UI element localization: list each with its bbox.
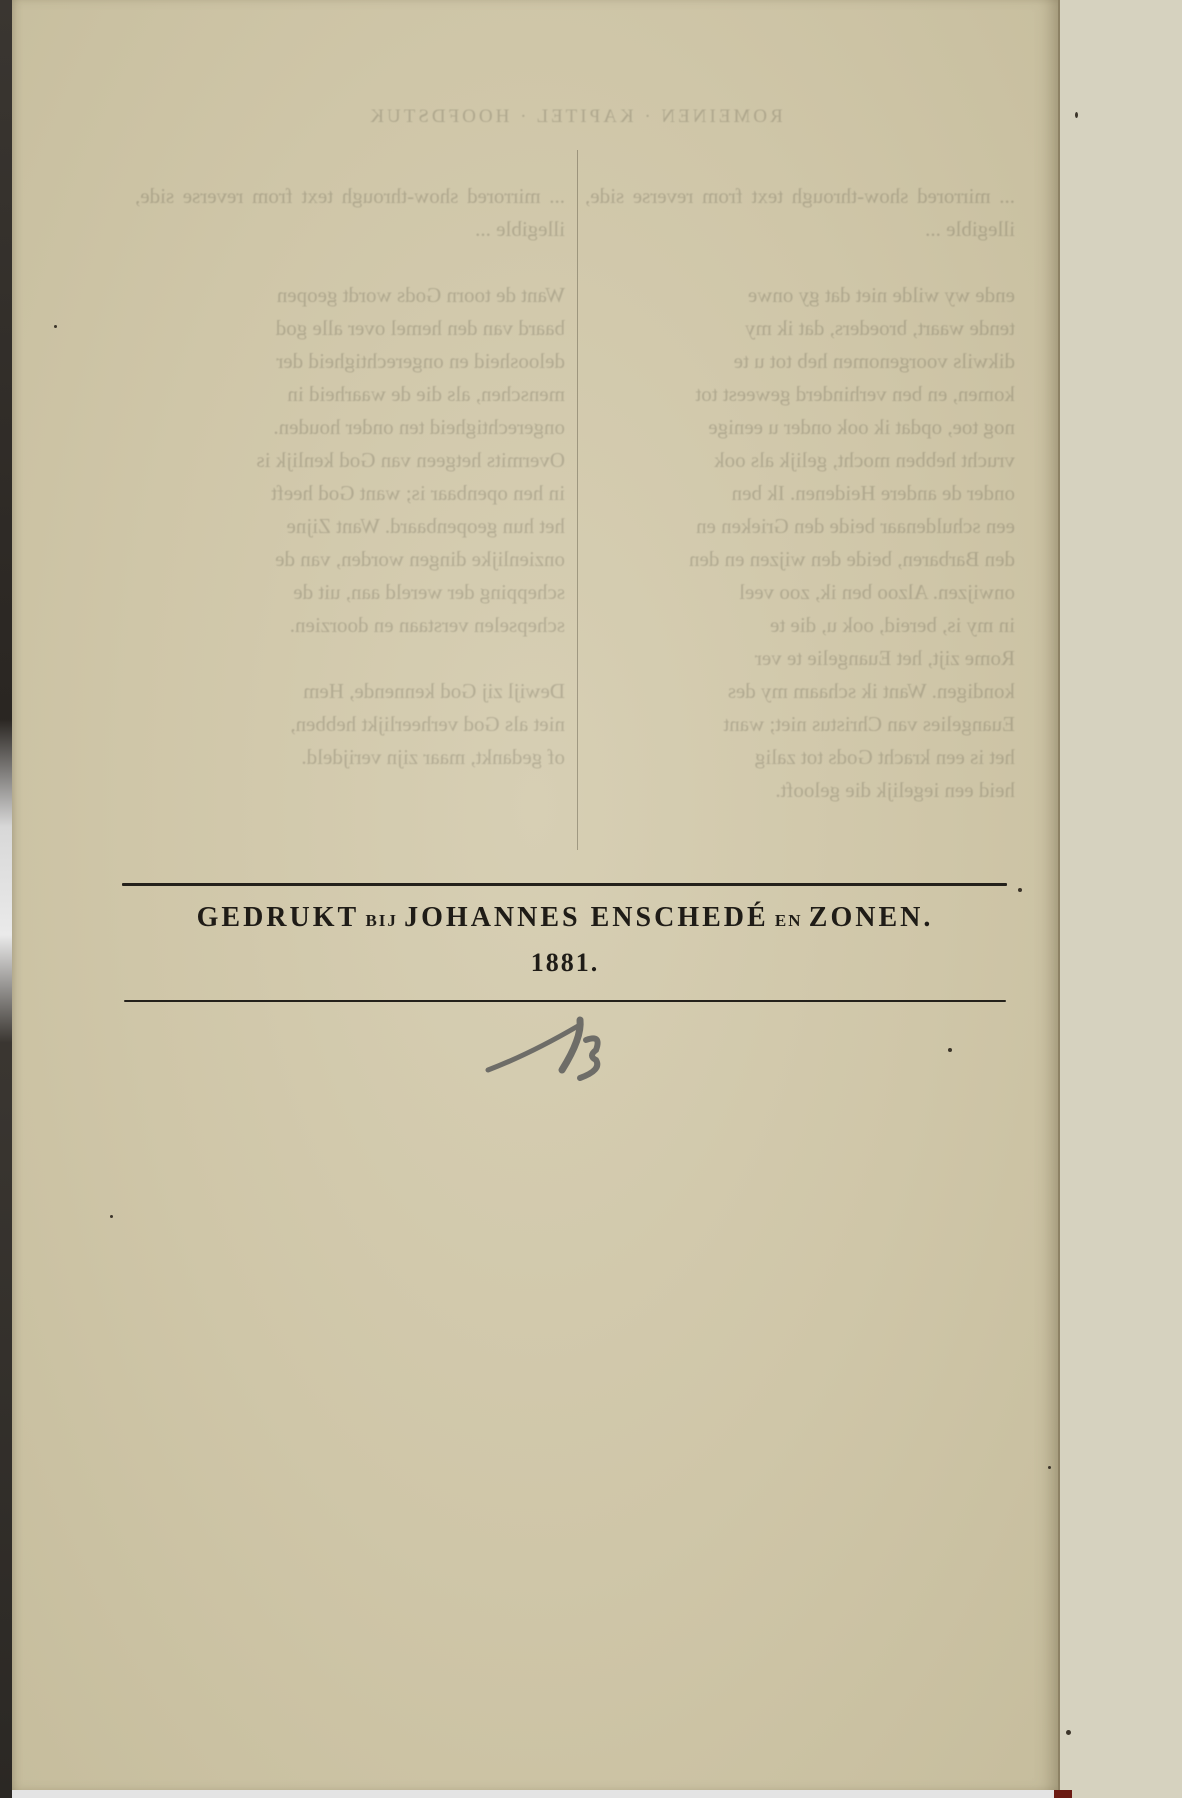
imprint-part: GEDRUKT	[197, 902, 360, 933]
bleed-through-text: ROMEINEN · KAPITEL · HOOFDSTUK ... mirro…	[125, 100, 1025, 860]
imprint-part: BIJ	[359, 911, 404, 930]
book-binding-edge	[0, 0, 12, 1798]
paper-speck	[948, 1048, 952, 1052]
bleed-through-right-column: ... mirrored show-through text from reve…	[125, 147, 575, 840]
adjacent-page	[1058, 0, 1182, 1798]
top-rule	[122, 883, 1007, 886]
paper-speck	[54, 325, 57, 328]
paper-speck	[1048, 1466, 1051, 1469]
bottom-rule	[124, 1000, 1006, 1002]
imprint-part: ZONEN.	[809, 902, 934, 933]
bleed-through-header: ROMEINEN · KAPITEL · HOOFDSTUK	[125, 100, 1025, 133]
handwritten-pencil-mark-icon	[480, 1008, 610, 1088]
bleed-through-left-column: ... mirrored show-through text from reve…	[575, 147, 1025, 840]
imprint-part: EN	[769, 911, 809, 930]
printer-imprint: GEDRUKT BIJ JOHANNES ENSCHEDÉ EN ZONEN.	[100, 902, 1030, 934]
red-cover-corner	[1054, 1790, 1072, 1798]
paper-speck	[1066, 1730, 1071, 1735]
paper-speck	[1018, 888, 1022, 892]
background-strip-bottom	[12, 1790, 1058, 1798]
paper-speck	[110, 1215, 113, 1218]
imprint-part: JOHANNES ENSCHEDÉ	[404, 902, 769, 933]
bleed-through-column-rule	[577, 150, 578, 850]
paper-speck	[1075, 112, 1078, 118]
imprint-year: 1881.	[100, 948, 1030, 978]
